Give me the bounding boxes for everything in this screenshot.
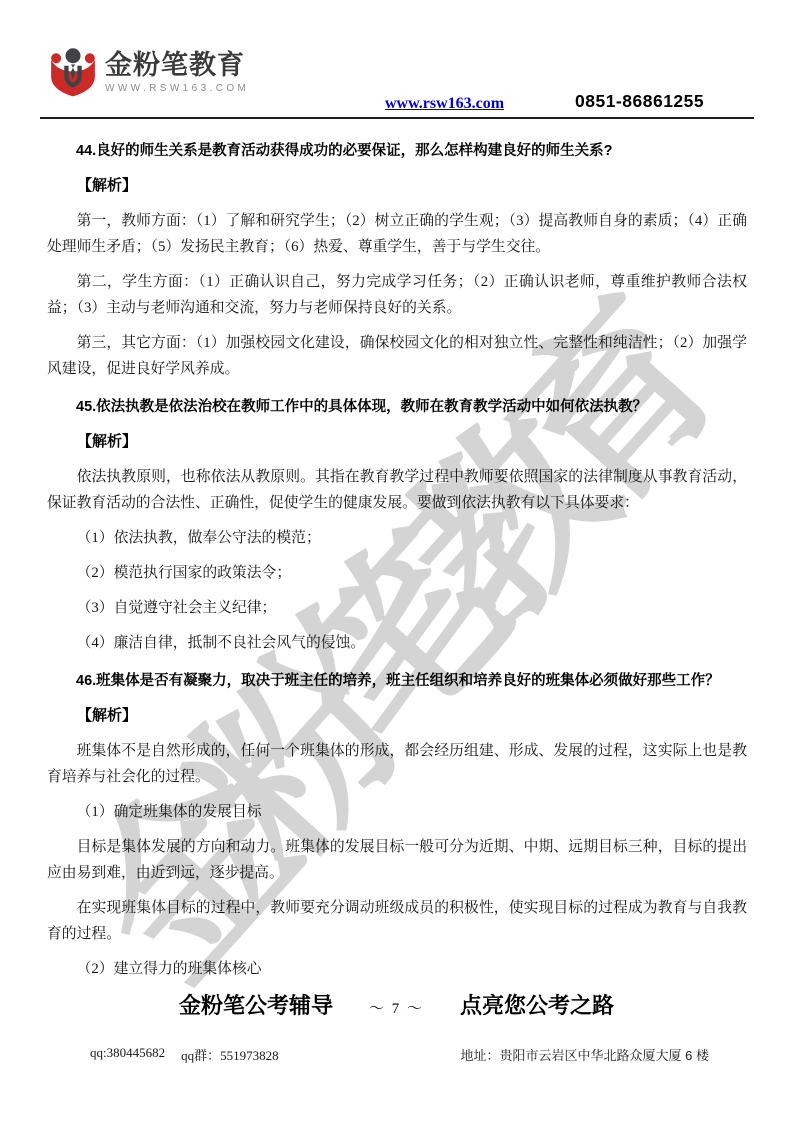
answer-paragraph: 第二，学生方面：（1）正确认识自己，努力完成学习任务；（2）正确认识老师，尊重维… <box>47 269 747 321</box>
question-44-heading: 44.良好的师生关系是教育活动获得成功的必要保证，那么怎样构建良好的师生关系? <box>47 138 747 164</box>
footer-slogan-line: 金粉笔公考辅导 ～ 7 ～ 点亮您公考之路 <box>0 989 793 1020</box>
answer-paragraph: 班集体不是自然形成的，任何一个班集体的形成，都会经历组建、形成、发展的过程，这实… <box>47 738 747 790</box>
answer-list-item: （3）自觉遵守社会主义纪律； <box>47 595 747 621</box>
answer-list-item: （1）确定班集体的发展目标 <box>47 799 747 825</box>
document-body: 44.良好的师生关系是教育活动获得成功的必要保证，那么怎样构建良好的师生关系? … <box>0 119 793 982</box>
brand-logo: 金粉笔教育 WWW.RSW163.COM <box>48 42 249 102</box>
company-address: 地址：贵阳市云岩区中华北路众厦大厦 6 楼 <box>461 1045 709 1064</box>
qq-number: qq:380445682 <box>90 1045 165 1064</box>
page-header: 金粉笔教育 WWW.RSW163.COM www.rsw163.com 0851… <box>40 0 754 119</box>
question-46-heading: 46.班集体是否有凝聚力，取决于班主任的培养，班主任组织和培养良好的班集体必须做… <box>47 668 747 694</box>
analysis-label: 【解析】 <box>47 703 747 729</box>
answer-list-item: （1）依法执教，做奉公守法的模范； <box>47 525 747 551</box>
answer-paragraph: 依法执教原则，也称依法从教原则。其指在教育教学过程中教师要依照国家的法律制度从事… <box>47 464 747 516</box>
answer-paragraph: 第三，其它方面：（1）加强校园文化建设，确保校园文化的相对独立性、完整性和纯洁性… <box>47 330 747 382</box>
phone-number: 0851-86861255 <box>575 91 704 112</box>
brand-logo-icon <box>48 42 98 102</box>
document-page: 金粉笔教育 金粉笔教育 WWW.RSW163.COM www.rsw163.co… <box>0 0 793 1122</box>
footer-slogan-text: 点亮您公考之路 <box>460 989 614 1020</box>
brand-name: 金粉笔教育 <box>105 50 249 80</box>
brand-logo-text: 金粉笔教育 WWW.RSW163.COM <box>105 42 249 94</box>
answer-paragraph: 在实现班集体目标的过程中，教师要充分调动班级成员的积极性，使实现目标的过程成为教… <box>47 895 747 947</box>
question-45-heading: 45.依法执教是依法治校在教师工作中的具体体现，教师在教育教学活动中如何依法执教… <box>47 394 747 420</box>
brand-website: WWW.RSW163.COM <box>105 83 249 94</box>
answer-list-item: （2）模范执行国家的政策法令； <box>47 560 747 586</box>
answer-list-item: （4）廉洁自律，抵制不良社会风气的侵蚀。 <box>47 630 747 656</box>
qq-group-number: qq群：551973828 <box>181 1045 279 1064</box>
analysis-label: 【解析】 <box>47 429 747 455</box>
answer-paragraph: 第一，教师方面：（1）了解和研究学生；（2）树立正确的学生观；（3）提高教师自身… <box>47 208 747 260</box>
footer-contact-line: qq:380445682 qq群：551973828 地址：贵阳市云岩区中华北路… <box>0 1045 793 1064</box>
answer-paragraph: 目标是集体发展的方向和动力。班集体的发展目标一般可分为近期、中期、远期目标三种，… <box>47 834 747 886</box>
answer-list-item: （2）建立得力的班集体核心 <box>47 956 747 982</box>
footer-brand-text: 金粉笔公考辅导 <box>179 989 333 1020</box>
page-number: ～ 7 ～ <box>369 997 424 1018</box>
analysis-label: 【解析】 <box>47 173 747 199</box>
website-link[interactable]: www.rsw163.com <box>385 95 504 113</box>
footer-qq-contacts: qq:380445682 qq群：551973828 <box>90 1045 279 1064</box>
